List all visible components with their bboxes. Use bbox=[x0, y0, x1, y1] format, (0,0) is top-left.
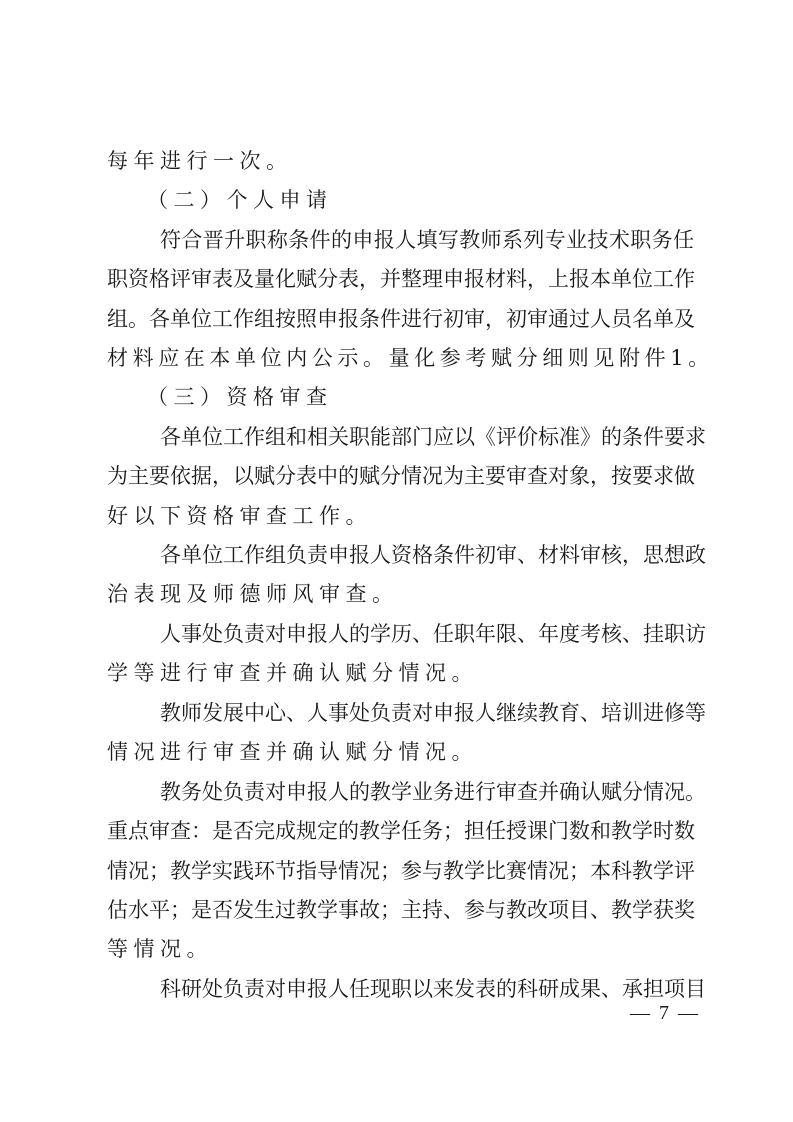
paragraph-line: 组。各单位工作组按照申报条件进行初审，初审通过人员名单及 bbox=[107, 303, 694, 335]
paragraph-line: 每年进行一次。 bbox=[107, 145, 293, 177]
paragraph-line: 科研处负责对申报人任现职以来发表的科研成果、承担项目 bbox=[107, 973, 694, 1005]
paragraph-line: 好以下资格审查工作。 bbox=[107, 500, 372, 532]
page-number: — 7 — bbox=[630, 1000, 700, 1026]
paragraph-line: 估水平；是否发生过教学事故；主持、参与教改项目、教学获奖 bbox=[107, 894, 694, 926]
paragraph-line: 职资格评审表及量化赋分表，并整理申报材料，上报本单位工作 bbox=[107, 263, 694, 295]
section-heading-qualification-review: （三）资格审查 bbox=[107, 381, 333, 413]
paragraph-line: 人事处负责对申报人的学历、任职年限、年度考核、挂职访 bbox=[107, 618, 694, 650]
section-heading-personal-application: （二）个人申请 bbox=[107, 184, 333, 216]
paragraph-line: 等情况。 bbox=[107, 933, 213, 965]
paragraph-line: 为主要依据，以赋分表中的赋分情况为主要审查对象，按要求做 bbox=[107, 460, 694, 492]
paragraph-line: 教务处负责对申报人的教学业务进行审查并确认赋分情况。 bbox=[107, 776, 694, 808]
paragraph-line: 各单位工作组和相关职能部门应以《评价标准》的条件要求 bbox=[107, 421, 694, 453]
paragraph-line: 情况进行审查并确认赋分情况。 bbox=[107, 736, 478, 768]
paragraph-line: 治表现及师德师风审查。 bbox=[107, 578, 399, 610]
paragraph-line: 材料应在本单位内公示。量化参考赋分细则见附件1。 bbox=[107, 342, 714, 374]
paragraph-line: 情况；教学实践环节指导情况；参与教学比赛情况；本科教学评 bbox=[107, 855, 694, 887]
paragraph-line: 学等进行审查并确认赋分情况。 bbox=[107, 657, 478, 689]
paragraph-line: 符合晋升职称条件的申报人填写教师系列专业技术职务任 bbox=[107, 224, 694, 256]
paragraph-line: 教师发展中心、人事处负责对申报人继续教育、培训进修等 bbox=[107, 697, 694, 729]
paragraph-line: 各单位工作组负责申报人资格条件初审、材料审核，思想政 bbox=[107, 539, 694, 571]
paragraph-line: 重点审查：是否完成规定的教学任务；担任授课门数和教学时数 bbox=[107, 815, 694, 847]
